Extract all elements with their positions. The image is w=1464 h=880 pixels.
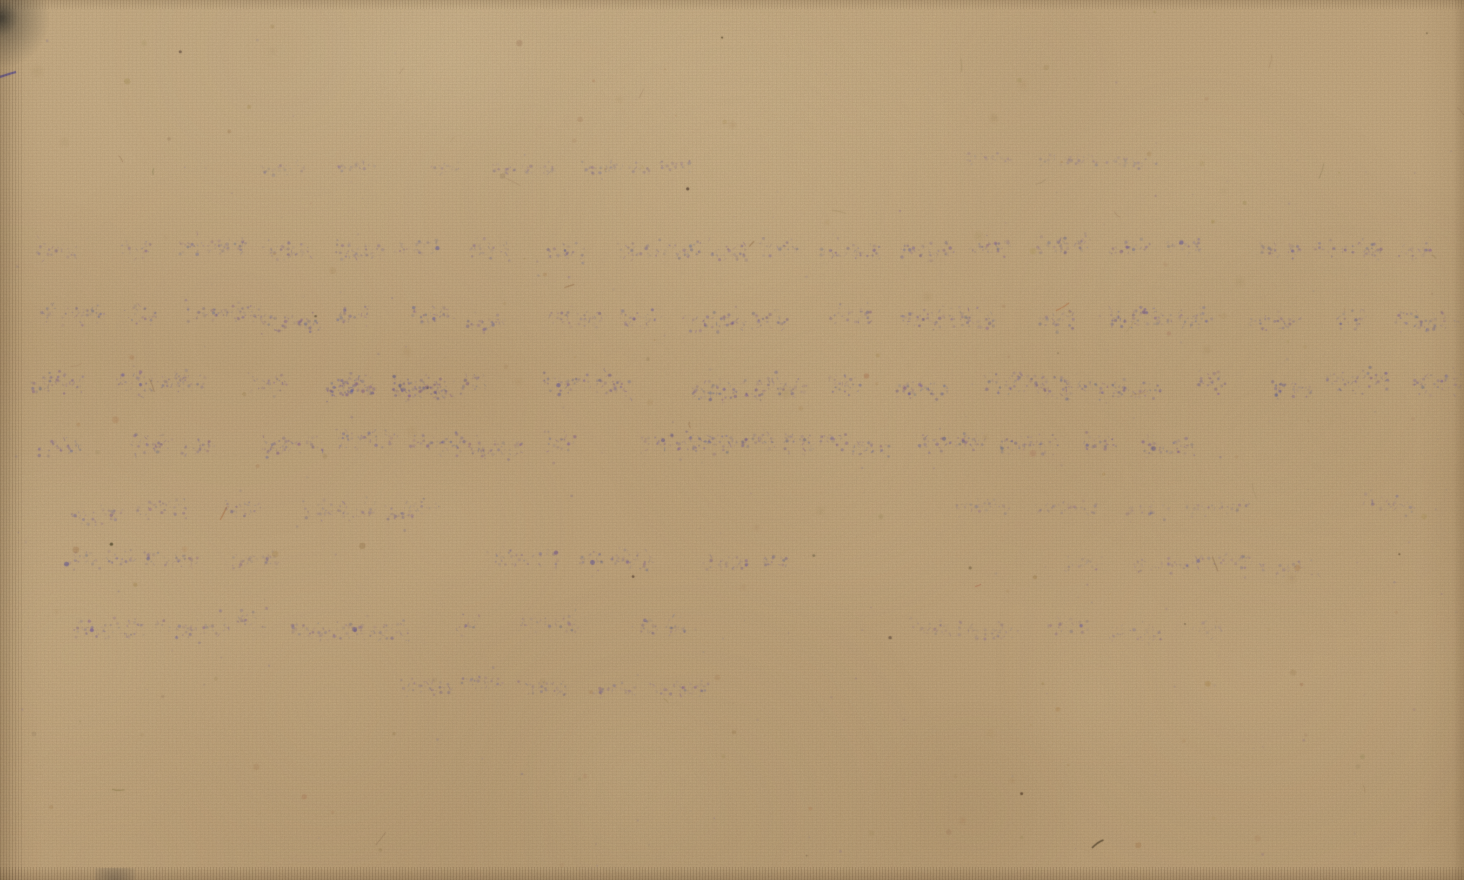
aged-paper-document [0, 0, 1464, 880]
left-edge-scanner-streaks [0, 0, 22, 880]
right-edge-shadow [1453, 0, 1464, 880]
faded-handwriting-canvas [0, 0, 1464, 880]
bottom-edge-scanner-streaks [0, 867, 1464, 880]
top-edge-scanner-streaks [0, 0, 1464, 9]
